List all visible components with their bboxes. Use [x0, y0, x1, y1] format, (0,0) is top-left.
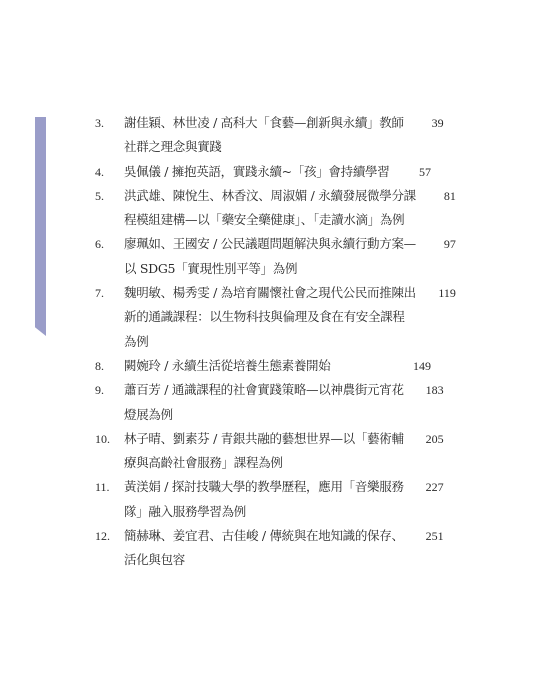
toc-entry-page-number: 149	[391, 354, 435, 378]
toc-entry-number: 4.	[95, 160, 124, 184]
toc-entry-page-number: 183	[404, 378, 448, 402]
toc-entry-number: 10.	[95, 427, 124, 451]
toc-entry-title: 謝佳穎、林世凌 / 高科大「食藝—創新與永續」教師社群之理念與實踐	[124, 111, 404, 160]
toc-entry-title-line: 吳佩儀 / 擁抱英語，實踐永續~「孩」會持續學習	[124, 160, 391, 184]
toc-entry[interactable]: 11.黃渼娟 / 探討技職大學的教學歷程，應用「音樂服務隊」融入服務學習為例22…	[95, 475, 435, 524]
toc-entry-page-number: 97	[416, 232, 460, 256]
toc-entry-page-number: 39	[404, 111, 448, 135]
toc-entry-title: 吳佩儀 / 擁抱英語，實踐永續~「孩」會持續學習	[124, 160, 391, 184]
toc-entry-number: 7.	[95, 281, 124, 305]
toc-entry-page-number: 251	[404, 524, 448, 548]
toc-entry-title-line: 闕婉玲 / 永續生活從培養生態素養開始	[124, 354, 391, 378]
toc-entry-title: 洪武雄、陳悅生、林香汶、周淑媚 / 永續發展微學分課程模組建構—以「藥安全藥健康…	[124, 184, 416, 233]
toc-entry-title-line: 以 SDG5「實現性別平等」為例	[124, 257, 416, 281]
toc-entry-page-number: 119	[416, 281, 460, 305]
toc-entry-page-number: 81	[416, 184, 460, 208]
toc-entry-title-line: 為例	[124, 330, 416, 354]
toc-entry-title-line: 程模組建構—以「藥安全藥健康」、「走讀水滴」為例	[124, 208, 416, 232]
toc-entry-title: 闕婉玲 / 永續生活從培養生態素養開始	[124, 354, 391, 378]
toc-entry-title-line: 蕭百芳 / 通識課程的社會實踐策略—以神農街元宵花	[124, 378, 404, 402]
chapter-side-tab	[35, 117, 46, 336]
toc-entry[interactable]: 5.洪武雄、陳悅生、林香汶、周淑媚 / 永續發展微學分課程模組建構—以「藥安全藥…	[95, 184, 435, 233]
toc-entry-title-line: 新的通識課程：以生物科技與倫理及食在有安全課程	[124, 305, 416, 329]
toc-entry-number: 12.	[95, 524, 124, 548]
toc-entry-title-line: 魏明敏、楊秀雯 / 為培育關懷社會之現代公民而推陳出	[124, 281, 416, 305]
toc-entry[interactable]: 3.謝佳穎、林世凌 / 高科大「食藝—創新與永續」教師社群之理念與實踐39	[95, 111, 435, 160]
toc-entry-number: 6.	[95, 232, 124, 256]
toc-entry[interactable]: 4.吳佩儀 / 擁抱英語，實踐永續~「孩」會持續學習57	[95, 160, 435, 184]
toc-entry-title: 簡赫琳、姜宜君、古佳峻 / 傳統與在地知識的保存、活化與包容	[124, 524, 404, 573]
toc-entry-number: 5.	[95, 184, 124, 208]
toc-entry-title-line: 隊」融入服務學習為例	[124, 500, 404, 524]
toc-entry-title-line: 洪武雄、陳悅生、林香汶、周淑媚 / 永續發展微學分課	[124, 184, 416, 208]
toc-entry-page-number: 57	[391, 160, 435, 184]
toc-entry-title-line: 療與高齡社會服務」課程為例	[124, 451, 404, 475]
toc-entry-page-number: 227	[404, 475, 448, 499]
toc-entry[interactable]: 9.蕭百芳 / 通識課程的社會實踐策略—以神農街元宵花燈展為例183	[95, 378, 435, 427]
toc-entry-title: 魏明敏、楊秀雯 / 為培育關懷社會之現代公民而推陳出新的通識課程：以生物科技與倫…	[124, 281, 416, 354]
toc-entry-title-line: 活化與包容	[124, 548, 404, 572]
toc-entry-title-line: 簡赫琳、姜宜君、古佳峻 / 傳統與在地知識的保存、	[124, 524, 404, 548]
toc-entry-title: 黃渼娟 / 探討技職大學的教學歷程，應用「音樂服務隊」融入服務學習為例	[124, 475, 404, 524]
toc-entry-title: 廖珮如、王國安 / 公民議題問題解決與永續行動方案—以 SDG5「實現性別平等」…	[124, 232, 416, 281]
toc-entry[interactable]: 8.闕婉玲 / 永續生活從培養生態素養開始149	[95, 354, 435, 378]
toc-entry-title-line: 廖珮如、王國安 / 公民議題問題解決與永續行動方案—	[124, 232, 416, 256]
toc-entry[interactable]: 6.廖珮如、王國安 / 公民議題問題解決與永續行動方案—以 SDG5「實現性別平…	[95, 232, 435, 281]
toc-entry-title-line: 社群之理念與實踐	[124, 135, 404, 159]
toc-entry-number: 9.	[95, 378, 124, 402]
toc-entry[interactable]: 7.魏明敏、楊秀雯 / 為培育關懷社會之現代公民而推陳出新的通識課程：以生物科技…	[95, 281, 435, 354]
toc-entry-title: 蕭百芳 / 通識課程的社會實踐策略—以神農街元宵花燈展為例	[124, 378, 404, 427]
toc-entry-title-line: 謝佳穎、林世凌 / 高科大「食藝—創新與永續」教師	[124, 111, 404, 135]
table-of-contents: 3.謝佳穎、林世凌 / 高科大「食藝—創新與永續」教師社群之理念與實踐394.吳…	[95, 111, 435, 573]
toc-entry-number: 11.	[95, 475, 124, 499]
toc-entry-title-line: 黃渼娟 / 探討技職大學的教學歷程，應用「音樂服務	[124, 475, 404, 499]
toc-entry-title: 林子晴、劉素芬 / 青銀共融的藝想世界—以「藝術輔療與高齡社會服務」課程為例	[124, 427, 404, 476]
toc-entry-page-number: 205	[404, 427, 448, 451]
toc-entry-number: 3.	[95, 111, 124, 135]
toc-entry-number: 8.	[95, 354, 124, 378]
toc-entry-title-line: 林子晴、劉素芬 / 青銀共融的藝想世界—以「藝術輔	[124, 427, 404, 451]
toc-entry[interactable]: 12.簡赫琳、姜宜君、古佳峻 / 傳統與在地知識的保存、活化與包容251	[95, 524, 435, 573]
toc-entry-title-line: 燈展為例	[124, 403, 404, 427]
toc-entry[interactable]: 10.林子晴、劉素芬 / 青銀共融的藝想世界—以「藝術輔療與高齡社會服務」課程為…	[95, 427, 435, 476]
